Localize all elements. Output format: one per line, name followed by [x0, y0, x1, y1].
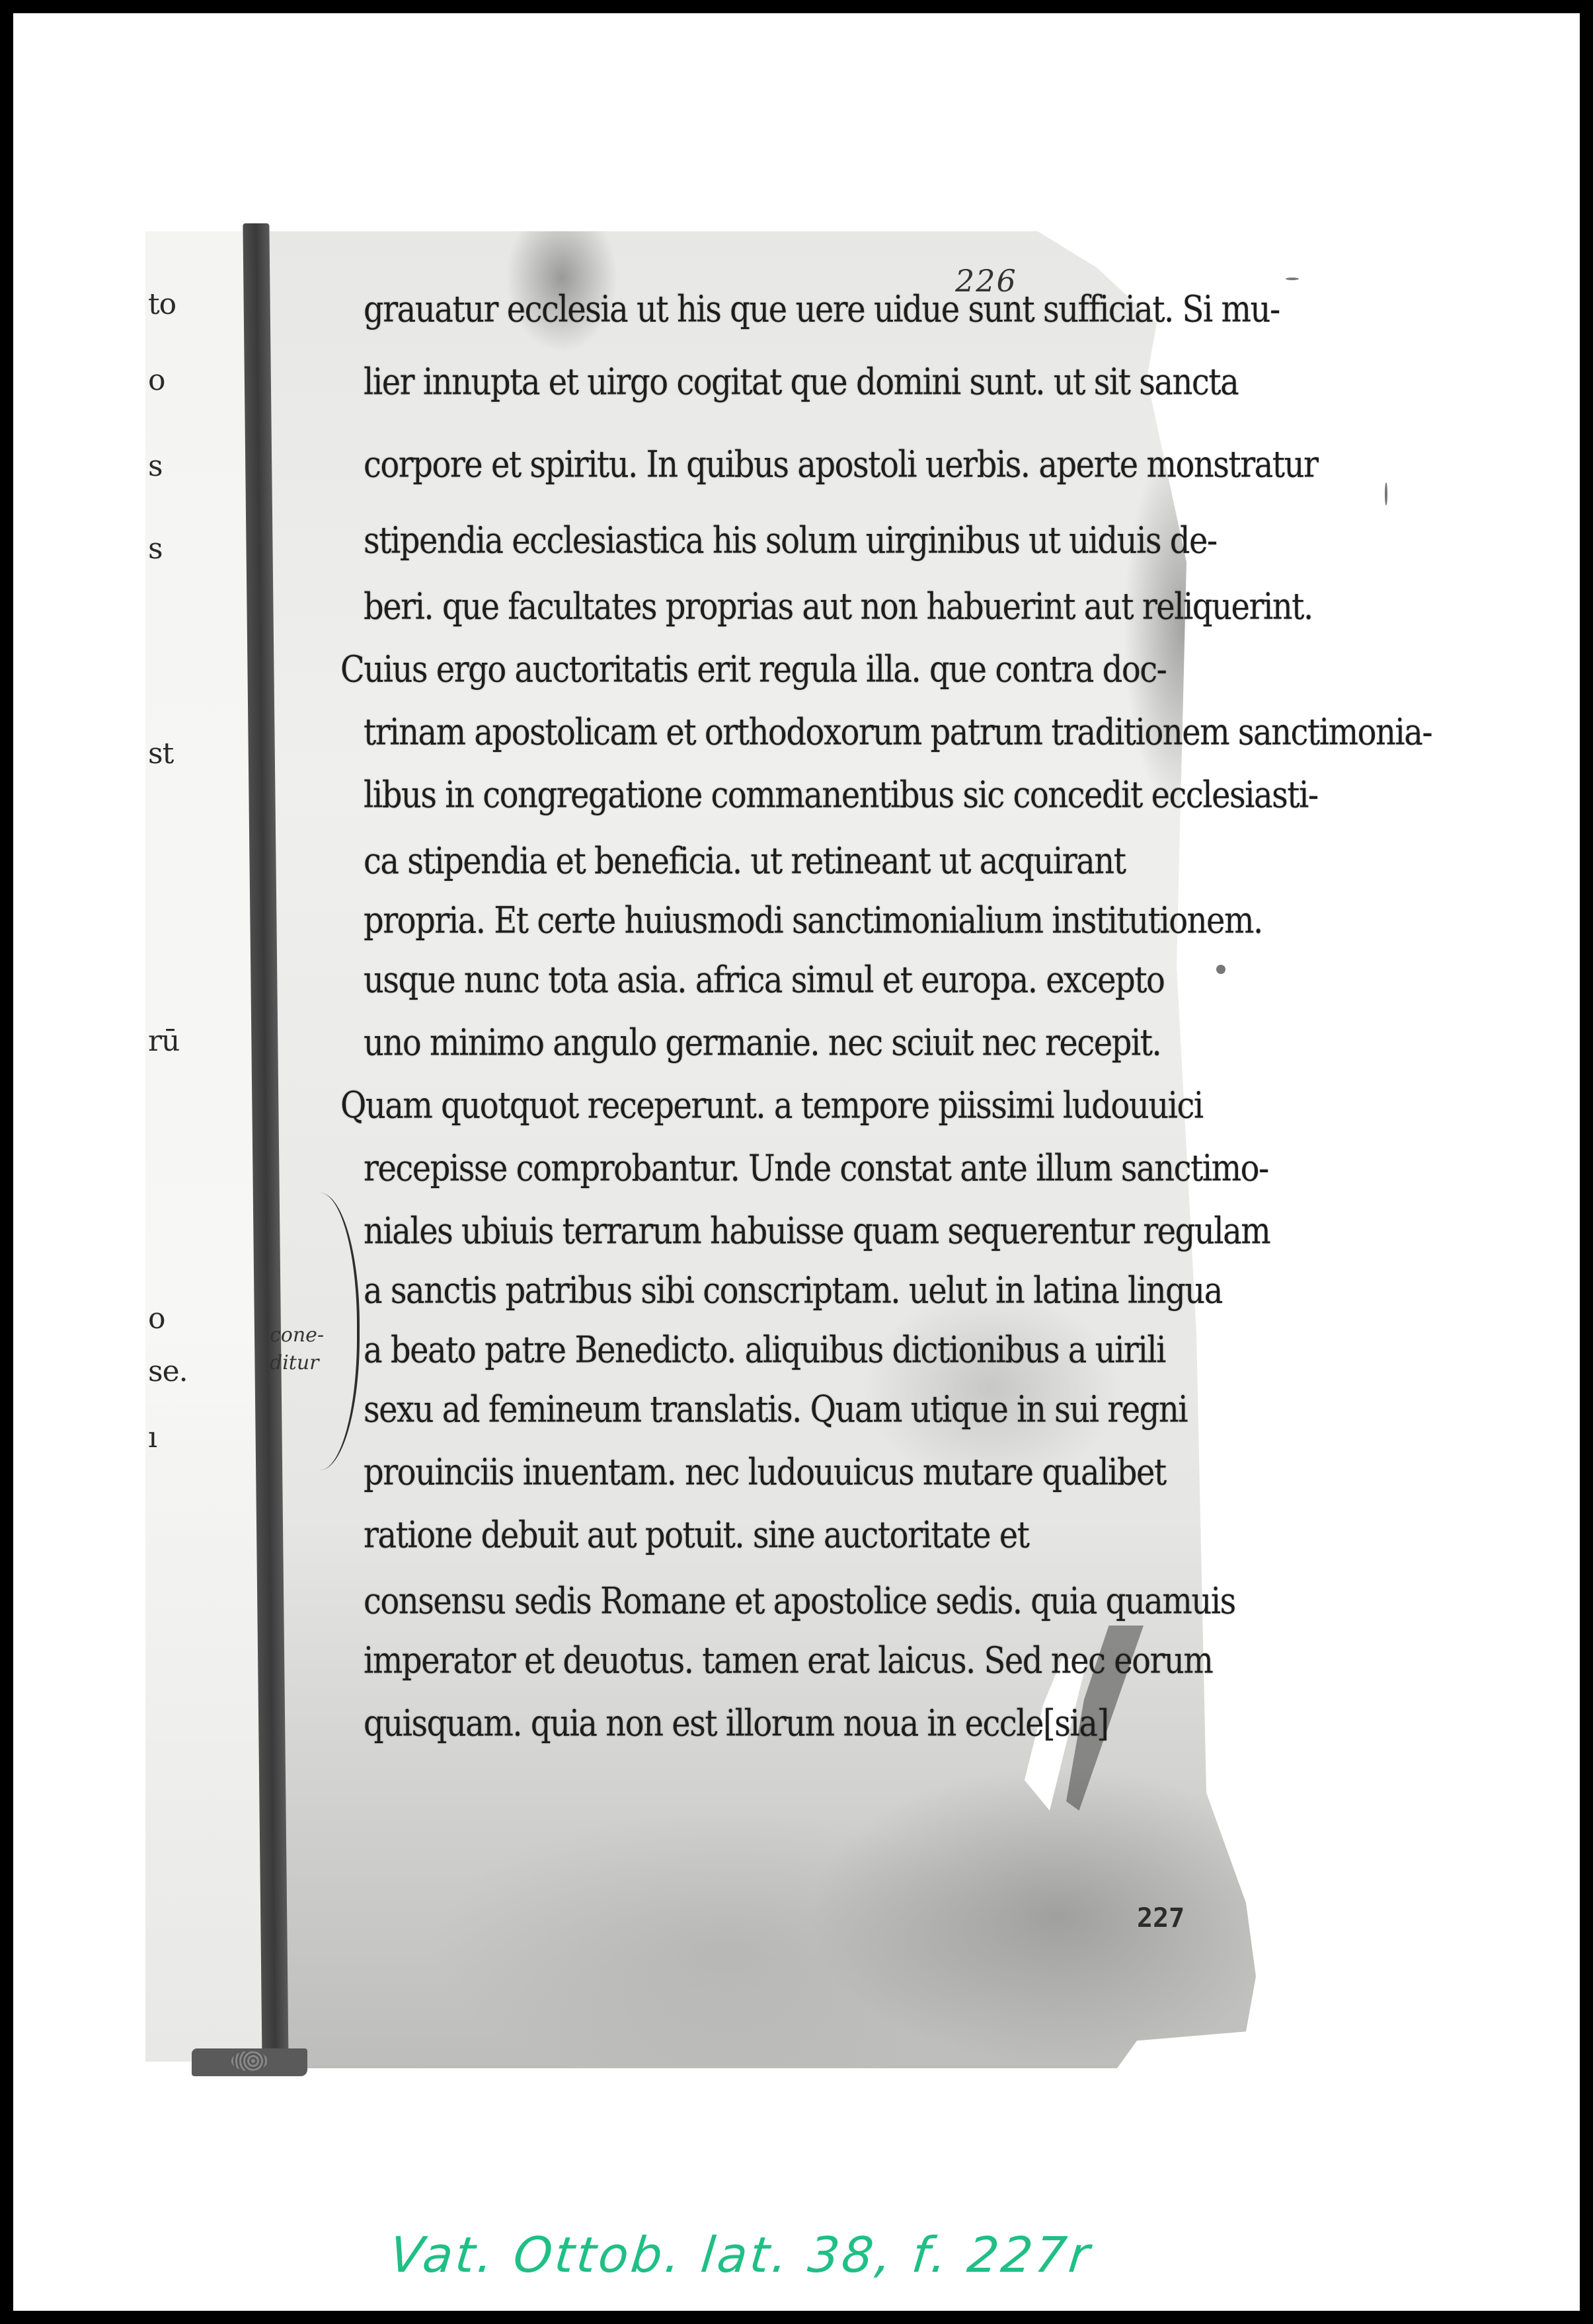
shelfmark-caption: Vat. Ottob. lat. 38, f. 227r [387, 2227, 1095, 2284]
text-line: quisquam. quia non est illorum noua in e… [364, 1702, 1108, 1744]
facing-page-fragment: s [148, 449, 163, 483]
text-line: sexu ad femineum translatis. Quam utique… [364, 1388, 1187, 1431]
margin-note-line: ditur [270, 1349, 324, 1377]
facing-page-fragment: se. [148, 1355, 188, 1388]
facing-page-fragment: ı [148, 1421, 157, 1454]
facing-page-fragment: o [148, 1302, 165, 1335]
facing-page-fragment: o [148, 363, 165, 397]
text-line: stipendia ecclesiastica his solum uirgin… [364, 519, 1217, 562]
photo-frame: to o s s st rū o se. ı 226 grauatur eccl… [13, 13, 1580, 2311]
text-line: recepisse comprobantur. Unde constat ant… [364, 1147, 1268, 1189]
text-line: a beato patre Benedicto. aliquibus dicti… [364, 1329, 1165, 1371]
facing-page-fragment: to [148, 287, 176, 321]
text-line: usque nunc tota asia. africa simul et eu… [364, 959, 1164, 1001]
margin-note: cone- ditur [270, 1322, 324, 1377]
text-line: imperator et deuotus. tamen erat laicus.… [364, 1639, 1212, 1682]
text-line: niales ubiuis terrarum habuisse quam seq… [364, 1210, 1270, 1252]
text-line: Quam quotquot receperunt. a tempore piis… [340, 1084, 1203, 1127]
text-line: a sanctis patribus sibi conscriptam. uel… [364, 1269, 1222, 1312]
text-line: Cuius ergo auctoritatis erit regula illa… [340, 648, 1166, 691]
ink-speck [1286, 278, 1299, 280]
ink-speck [1216, 965, 1225, 974]
text-line: ca stipendia et beneficia. ut retineant … [364, 840, 1126, 882]
text-line: propria. Et certe huiusmodi sanctimonial… [364, 899, 1263, 942]
facing-page-fragment: rū [148, 1024, 179, 1058]
ink-speck [1385, 482, 1387, 506]
text-line: grauatur ecclesia ut his que uere uidue … [364, 288, 1280, 330]
text-line: lier innupta et uirgo cogitat que domini… [364, 361, 1238, 403]
text-line: ratione debuit aut potuit. sine auctorit… [364, 1514, 1029, 1556]
text-line: corpore et spiritu. In quibus apostoli u… [364, 443, 1317, 486]
text-line: consensu sedis Romane et apostolice sedi… [364, 1580, 1235, 1622]
text-line: trinam apostolicam et orthodoxorum patru… [364, 711, 1432, 753]
facing-page-fragment: st [148, 737, 173, 770]
text-line: libus in congregatione commanentibus sic… [364, 774, 1318, 816]
text-line: uno minimo angulo germanie. nec sciuit n… [364, 1022, 1161, 1064]
text-line: prouinciis inuentam. nec ludouuicus muta… [364, 1451, 1166, 1493]
margin-note-line: cone- [270, 1322, 324, 1349]
folio-number-stamped: 227 [1137, 1903, 1185, 1933]
text-line: beri. que facultates proprias aut non ha… [364, 585, 1313, 628]
facing-page-fragment: s [148, 532, 163, 566]
binding-clasp [192, 2048, 307, 2076]
